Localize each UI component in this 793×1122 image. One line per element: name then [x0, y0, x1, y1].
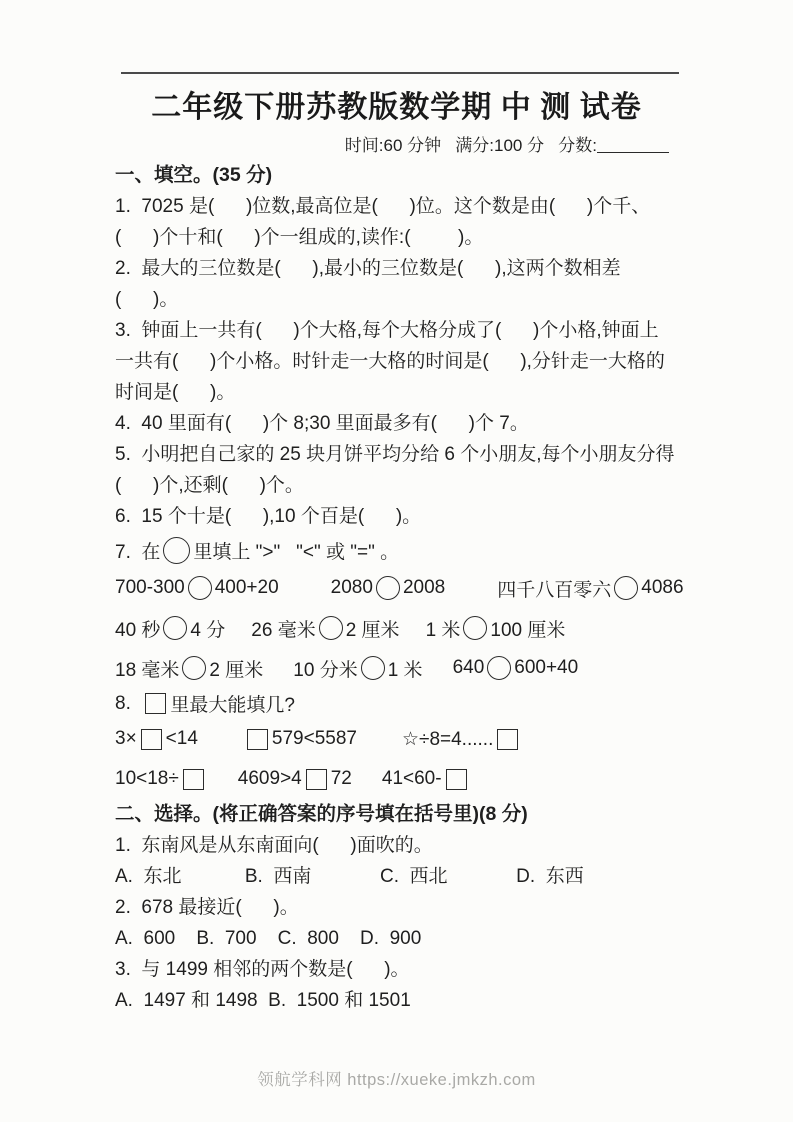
compare-right: 2 厘米: [346, 615, 400, 642]
compare-right: 100 厘米: [490, 615, 565, 642]
top-divider-line: [121, 72, 679, 74]
fill-item-2-line-1: 2. 最大的三位数是( ),最小的三位数是( ),这两个数相差: [115, 253, 695, 284]
comparison-pair: 10 分米1 米: [293, 655, 422, 682]
compare-left: 10 分米: [293, 655, 357, 682]
fill-item-5-line-1: 5. 小明把自己家的 25 块月饼平均分给 6 个小朋友,每个小朋友分得: [115, 439, 695, 470]
compare-left: 1 米: [426, 615, 461, 642]
compare-left: 640: [453, 657, 485, 679]
blank-square-icon: [141, 729, 162, 750]
comparison-pair: 640600+40: [453, 656, 579, 680]
comparison-pair: 40 秒4 分: [115, 615, 225, 642]
fill-item-1-line-1: 1. 7025 是( )位数,最高位是( )位。这个数是由( )个千、: [115, 191, 695, 222]
fill-item-5-line-2: ( )个,还剩( )个。: [115, 470, 695, 501]
exam-meta-text: 时间:60 分钟 满分:100 分 分数:: [345, 136, 597, 155]
paper-body: 一、填空。(35 分) 1. 7025 是( )位数,最高位是( )位。这个数是…: [115, 160, 695, 1016]
blank-formula-row-2: 10<18÷ 4609>472 41<60-: [115, 759, 695, 799]
comparison-row-2: 40 秒4 分 26 毫米2 厘米 1 米100 厘米: [115, 608, 695, 648]
compare-left: 700-300: [115, 577, 185, 599]
choice-q2-options: A. 600 B. 700 C. 800 D. 900: [115, 923, 695, 954]
fill-item-4: 4. 40 里面有( )个 8;30 里面最多有( )个 7。: [115, 408, 695, 439]
comparison-pair: 18 毫米2 厘米: [115, 655, 263, 682]
comparison-pair: 20802008: [331, 576, 446, 600]
comparison-circle-icon: [182, 656, 206, 680]
formula-pre: ☆÷8=4......: [402, 728, 493, 751]
compare-left: 2080: [331, 577, 373, 599]
comparison-circle-icon: [188, 576, 212, 600]
compare-right: 2008: [403, 577, 445, 599]
fill-item-8-pre: 8.: [115, 693, 141, 715]
fill-item-7-pre: 7. 在: [115, 537, 160, 564]
blank-formula: 4609>472: [238, 768, 352, 790]
blank-formula: 41<60-: [382, 768, 471, 790]
blank-square-icon: [247, 729, 268, 750]
compare-right: 4 分: [190, 615, 225, 642]
section2-heading: 二、选择。(将正确答案的序号填在括号里)(8 分): [115, 799, 695, 830]
compare-right: 400+20: [215, 577, 279, 599]
compare-right: 600+40: [514, 657, 578, 679]
comparison-row-3: 18 毫米2 厘米 10 分米1 米 640600+40: [115, 648, 695, 688]
comparison-circle-icon: [487, 656, 511, 680]
blank-formula: ☆÷8=4......: [402, 728, 522, 751]
fill-item-3-line-2: 一共有( )个小格。时针走一大格的时间是( ),分针走一大格的: [115, 346, 695, 377]
fill-item-1-line-2: ( )个十和( )个一组成的,读作:( )。: [115, 222, 695, 253]
compare-right: 4086: [641, 577, 683, 599]
comparison-circle-icon: [163, 537, 190, 564]
fill-item-8-post: 里最大能填几?: [170, 690, 295, 717]
comparison-circle-icon: [361, 656, 385, 680]
fill-item-3-line-3: 时间是( )。: [115, 377, 695, 408]
blank-square-icon: [497, 729, 518, 750]
compare-right: 1 米: [388, 655, 423, 682]
fill-item-7-post: 里填上 ">" "<" 或 "=" 。: [193, 537, 399, 564]
blank-formula: 579<5587: [243, 728, 357, 750]
formula-post: 579<5587: [272, 728, 357, 750]
blank-formula-row-1: 3×<14 579<5587 ☆÷8=4......: [115, 719, 695, 759]
formula-pre: 4609>4: [238, 768, 302, 790]
choice-q1-options: A. 东北 B. 西南 C. 西北 D. 东西: [115, 861, 695, 892]
formula-pre: 3×: [115, 728, 137, 750]
compare-left: 40 秒: [115, 615, 160, 642]
choice-q3-text: 3. 与 1499 相邻的两个数是( )。: [115, 954, 695, 985]
choice-q2-text: 2. 678 最接近( )。: [115, 892, 695, 923]
comparison-circle-icon: [163, 616, 187, 640]
fill-item-8: 8. 里最大能填几?: [115, 688, 695, 719]
fill-item-3-line-1: 3. 钟面上一共有( )个大格,每个大格分成了( )个小格,钟面上: [115, 315, 695, 346]
comparison-pair: 700-300400+20: [115, 576, 279, 600]
formula-post: 72: [331, 768, 352, 790]
page-title: 二年级下册苏教版数学期 中 测 试卷: [0, 82, 793, 126]
fill-item-2-line-2: ( )。: [115, 284, 695, 315]
comparison-circle-icon: [614, 576, 638, 600]
section1-heading: 一、填空。(35 分): [115, 160, 695, 191]
blank-square-icon: [183, 769, 204, 790]
comparison-circle-icon: [463, 616, 487, 640]
compare-left: 18 毫米: [115, 655, 179, 682]
choice-q1-text: 1. 东南风是从东南面向( )面吹的。: [115, 830, 695, 861]
blank-formula: 10<18÷: [115, 768, 208, 790]
blank-formula: 3×<14: [115, 728, 198, 750]
comparison-circle-icon: [319, 616, 343, 640]
fill-item-6: 6. 15 个十是( ),10 个百是( )。: [115, 501, 695, 532]
score-blank-line: [597, 151, 669, 153]
comparison-pair: 1 米100 厘米: [426, 615, 566, 642]
comparison-circle-icon: [376, 576, 400, 600]
choice-q3-options: A. 1497 和 1498 B. 1500 和 1501: [115, 985, 695, 1016]
compare-left: 四千八百零六: [497, 575, 611, 602]
blank-square-icon: [306, 769, 327, 790]
formula-pre: 41<60-: [382, 768, 442, 790]
comparison-pair: 26 毫米2 厘米: [251, 615, 399, 642]
fill-item-7: 7. 在 里填上 ">" "<" 或 "=" 。: [115, 532, 695, 568]
watermark-footer: 领航学科网 https://xueke.jmkzh.com: [0, 1066, 793, 1090]
comparison-row-1: 700-300400+20 20802008 四千八百零六4086: [115, 568, 695, 608]
test-paper-page: 二年级下册苏教版数学期 中 测 试卷 时间:60 分钟 满分:100 分 分数:…: [0, 0, 793, 1122]
blank-square-icon: [446, 769, 467, 790]
comparison-pair: 四千八百零六4086: [497, 575, 683, 602]
exam-meta: 时间:60 分钟 满分:100 分 分数:: [115, 131, 687, 156]
formula-post: <14: [166, 728, 198, 750]
blank-square-icon: [145, 693, 166, 714]
compare-right: 2 厘米: [209, 655, 263, 682]
formula-pre: 10<18÷: [115, 768, 179, 790]
compare-left: 26 毫米: [251, 615, 315, 642]
